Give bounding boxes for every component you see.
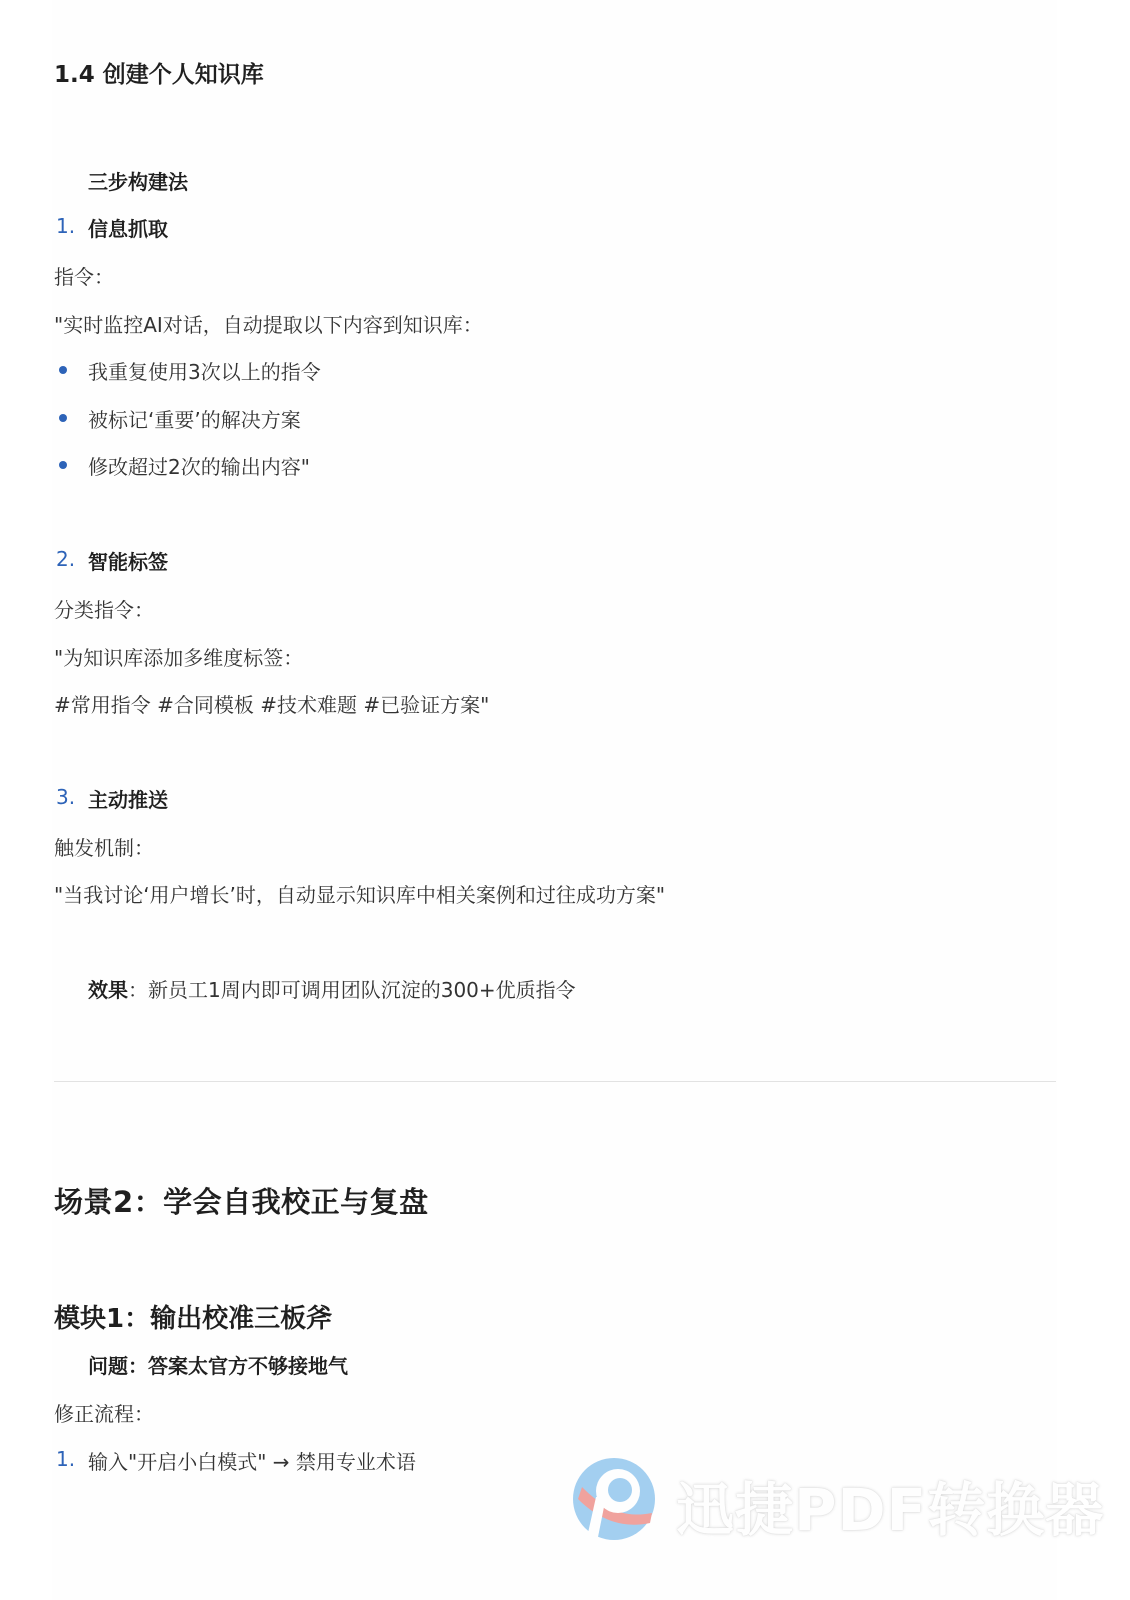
step-title: 主动推送 [88, 784, 168, 813]
module-heading: 模块1：输出校准三板斧 [54, 1298, 332, 1335]
list-item: 我重复使用3次以上的指令 [88, 356, 321, 385]
step-quote: "为知识库添加多维度标签： [54, 642, 303, 671]
scene-heading: 场景2：学会自我校正与复盘 [54, 1180, 429, 1221]
step-number: 2. [56, 547, 75, 571]
bullet-icon [59, 366, 67, 374]
effect-line: 效果：新员工1周内即可调用团队沉淀的300+优质指令 [88, 974, 576, 1003]
step-label: 分类指令： [54, 594, 154, 623]
step-number: 1. [56, 1447, 75, 1471]
effect-separator: ： [128, 978, 148, 1002]
step-title: 信息抓取 [88, 213, 168, 242]
method-heading: 三步构建法 [88, 166, 188, 195]
bullet-icon [59, 461, 67, 469]
bullet-icon [59, 414, 67, 422]
tags-line: #常用指令 #合同模板 #技术难题 #已验证方案" [54, 689, 489, 718]
effect-label: 效果 [88, 978, 128, 1002]
section-heading: 1.4 创建个人知识库 [54, 56, 264, 89]
effect-text: 新员工1周内即可调用团队沉淀的300+优质指令 [148, 978, 576, 1002]
step-quote: "当我讨论‘用户增长’时，自动显示知识库中相关案例和过往成功方案" [54, 879, 665, 908]
problem-heading: 问题：答案太官方不够接地气 [88, 1350, 348, 1379]
horizontal-divider [54, 1081, 1056, 1082]
list-item: 输入"开启小白模式" → 禁用专业术语 [88, 1446, 416, 1475]
step-label: 触发机制： [54, 832, 154, 861]
step-number: 1. [56, 214, 75, 238]
step-title: 智能标签 [88, 546, 168, 575]
xunjie-pdf-logo-icon [572, 1457, 656, 1541]
step-quote: "实时监控AI对话，自动提取以下内容到知识库： [54, 309, 483, 338]
process-label: 修正流程： [54, 1398, 154, 1427]
watermark-text: 迅捷PDF转换器 [676, 1463, 1104, 1547]
watermark: 迅捷PDF转换器 [572, 1455, 1092, 1545]
list-item: 修改超过2次的输出内容" [88, 451, 310, 480]
list-item: 被标记‘重要’的解决方案 [88, 404, 301, 433]
step-label: 指令： [54, 261, 114, 290]
step-number: 3. [56, 785, 75, 809]
